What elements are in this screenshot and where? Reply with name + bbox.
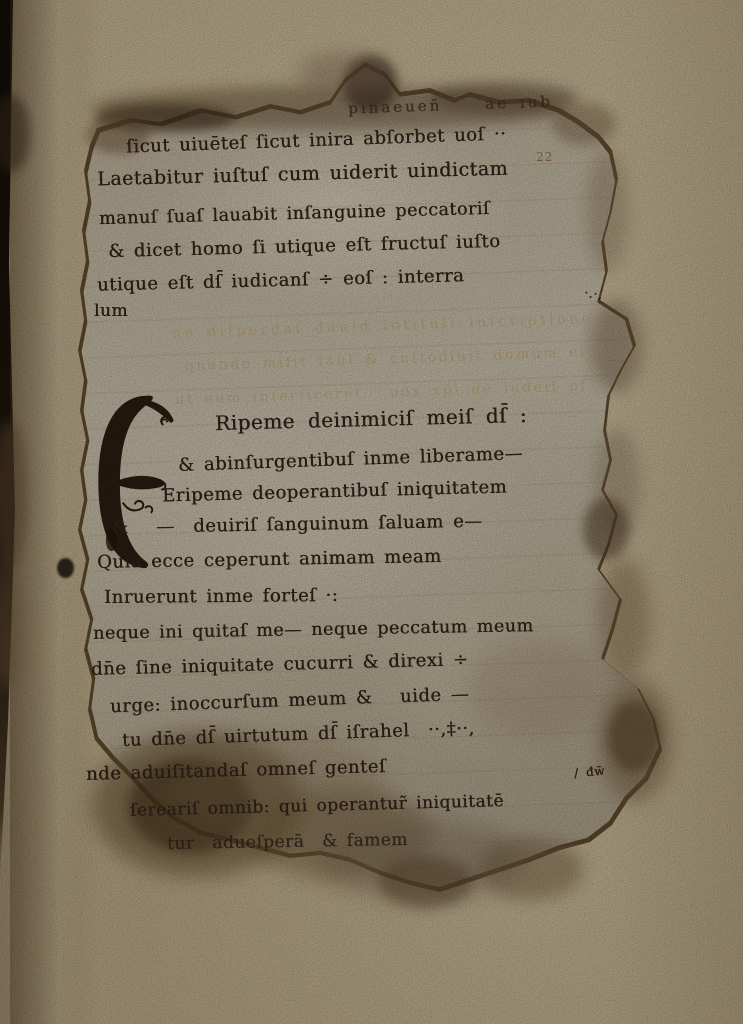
decorated-initial-E (90, 392, 176, 570)
manuscript-photo: pınaeueñ ae ıub ſicut uiuēteſ ſicut inir… (0, 0, 743, 1024)
line-filler-flourish: ·.·‚ (583, 287, 603, 302)
gutter-shadow (10, 0, 82, 1024)
manuscript-line-faded: tur adueſperā & famem (167, 832, 408, 853)
folio-number: 22 (536, 151, 553, 163)
manuscript-line: lum (94, 303, 128, 320)
manuscript-line: Inruerunt inme forteſ ·: (104, 587, 338, 607)
marginal-gloss: / đw̄ (574, 765, 606, 780)
